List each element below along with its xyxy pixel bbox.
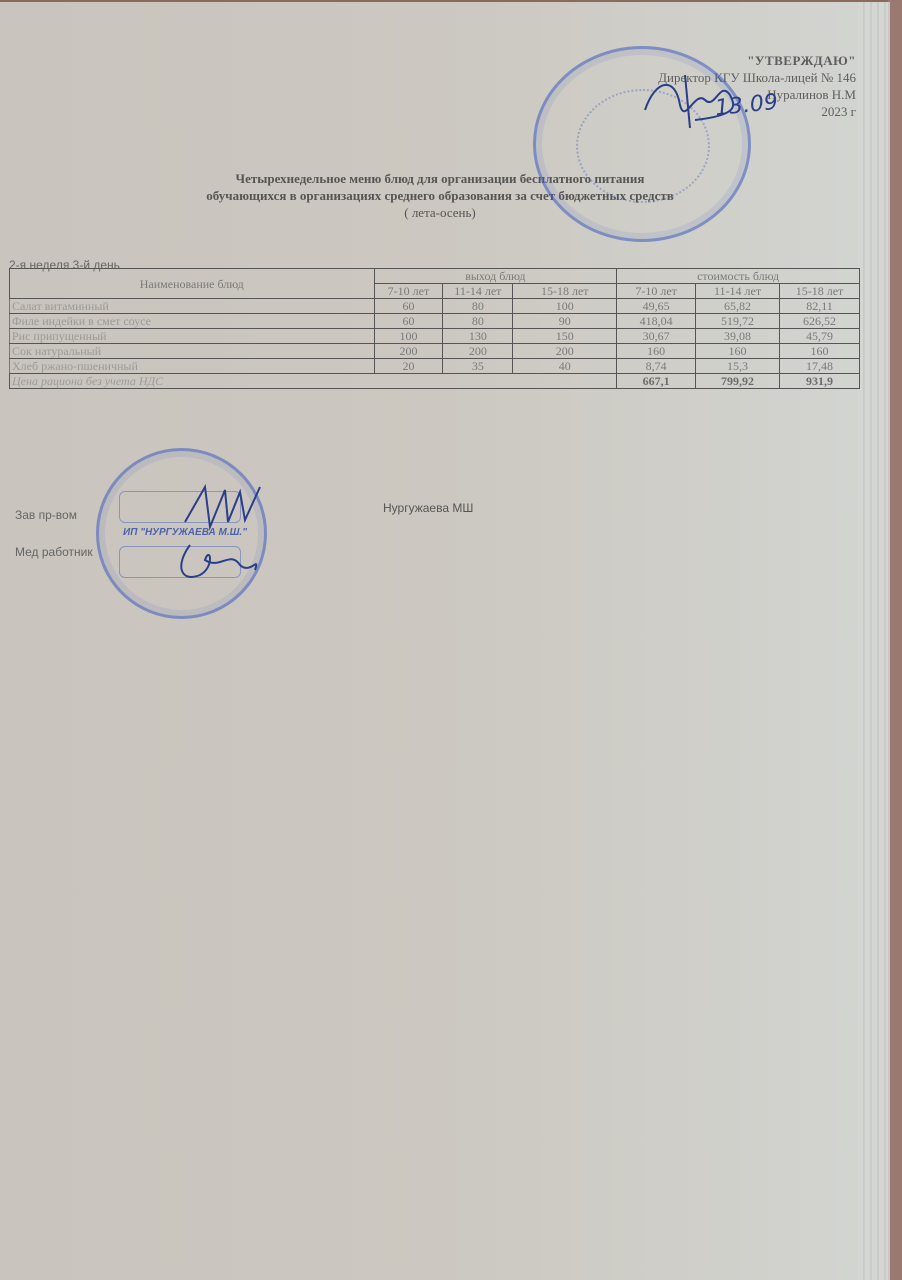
table-row: Салат витаминный608010049,6565,8282,11 — [10, 299, 860, 314]
role-medical-worker: Мед работник — [15, 545, 93, 559]
col-header-age: 11-14 лет — [696, 284, 780, 299]
cost-cell: 15,3 — [696, 359, 780, 374]
output-cell: 60 — [374, 299, 443, 314]
dish-name: Сок натуральный — [10, 344, 375, 359]
cost-cell: 39,08 — [696, 329, 780, 344]
total-cost-cell: 799,92 — [696, 374, 780, 389]
manager-signature-icon — [180, 482, 270, 532]
cost-cell: 17,48 — [780, 359, 860, 374]
output-cell: 60 — [374, 314, 443, 329]
role-production-manager: Зав пр-вом — [15, 508, 77, 522]
total-cost-cell: 667,1 — [617, 374, 696, 389]
output-cell: 200 — [374, 344, 443, 359]
col-header-name: Наименование блюд — [10, 269, 375, 299]
cost-cell: 65,82 — [696, 299, 780, 314]
dish-name: Хлеб ржано-пшеничный — [10, 359, 375, 374]
cost-cell: 160 — [696, 344, 780, 359]
paper-stack-edge — [858, 2, 890, 1280]
output-cell: 80 — [443, 314, 513, 329]
table-row: Рис припущенный10013015030,6739,0845,79 — [10, 329, 860, 344]
company-stamp-icon: ИП "НУРГУЖАЕВА М.Ш." — [96, 448, 267, 619]
cost-cell: 30,67 — [617, 329, 696, 344]
dish-name: Филе индейки в смет соусе — [10, 314, 375, 329]
output-cell: 40 — [513, 359, 617, 374]
table-row: Филе индейки в смет соусе608090418,04519… — [10, 314, 860, 329]
cost-cell: 160 — [617, 344, 696, 359]
cost-cell: 49,65 — [617, 299, 696, 314]
output-cell: 130 — [443, 329, 513, 344]
signatory-name: Нургужаева МШ — [383, 501, 473, 515]
output-cell: 100 — [374, 329, 443, 344]
cost-cell: 519,72 — [696, 314, 780, 329]
menu-table: Наименование блюд выход блюд стоимость б… — [9, 268, 860, 389]
medic-signature-icon — [170, 535, 270, 585]
table-row: Сок натуральный200200200160160160 — [10, 344, 860, 359]
output-cell: 200 — [513, 344, 617, 359]
total-cost-cell: 931,9 — [780, 374, 860, 389]
col-header-age: 11-14 лет — [443, 284, 513, 299]
col-header-age: 15-18 лет — [780, 284, 860, 299]
output-cell: 90 — [513, 314, 617, 329]
col-header-age: 7-10 лет — [374, 284, 443, 299]
dish-name: Рис припущенный — [10, 329, 375, 344]
total-label: Цена рациона без учета НДС — [10, 374, 617, 389]
dish-name: Салат витаминный — [10, 299, 375, 314]
cost-cell: 45,79 — [780, 329, 860, 344]
output-cell: 35 — [443, 359, 513, 374]
cost-cell: 82,11 — [780, 299, 860, 314]
total-row: Цена рациона без учета НДС667,1799,92931… — [10, 374, 860, 389]
cost-cell: 160 — [780, 344, 860, 359]
output-cell: 80 — [443, 299, 513, 314]
col-header-age: 7-10 лет — [617, 284, 696, 299]
output-cell: 100 — [513, 299, 617, 314]
col-group-cost: стоимость блюд — [617, 269, 860, 284]
output-cell: 150 — [513, 329, 617, 344]
output-cell: 200 — [443, 344, 513, 359]
output-cell: 20 — [374, 359, 443, 374]
col-header-age: 15-18 лет — [513, 284, 617, 299]
cost-cell: 626,52 — [780, 314, 860, 329]
cost-cell: 8,74 — [617, 359, 696, 374]
background-surface — [888, 0, 902, 1280]
cost-cell: 418,04 — [617, 314, 696, 329]
col-group-output: выход блюд — [374, 269, 617, 284]
table-row: Хлеб ржано-пшеничный2035408,7415,317,48 — [10, 359, 860, 374]
